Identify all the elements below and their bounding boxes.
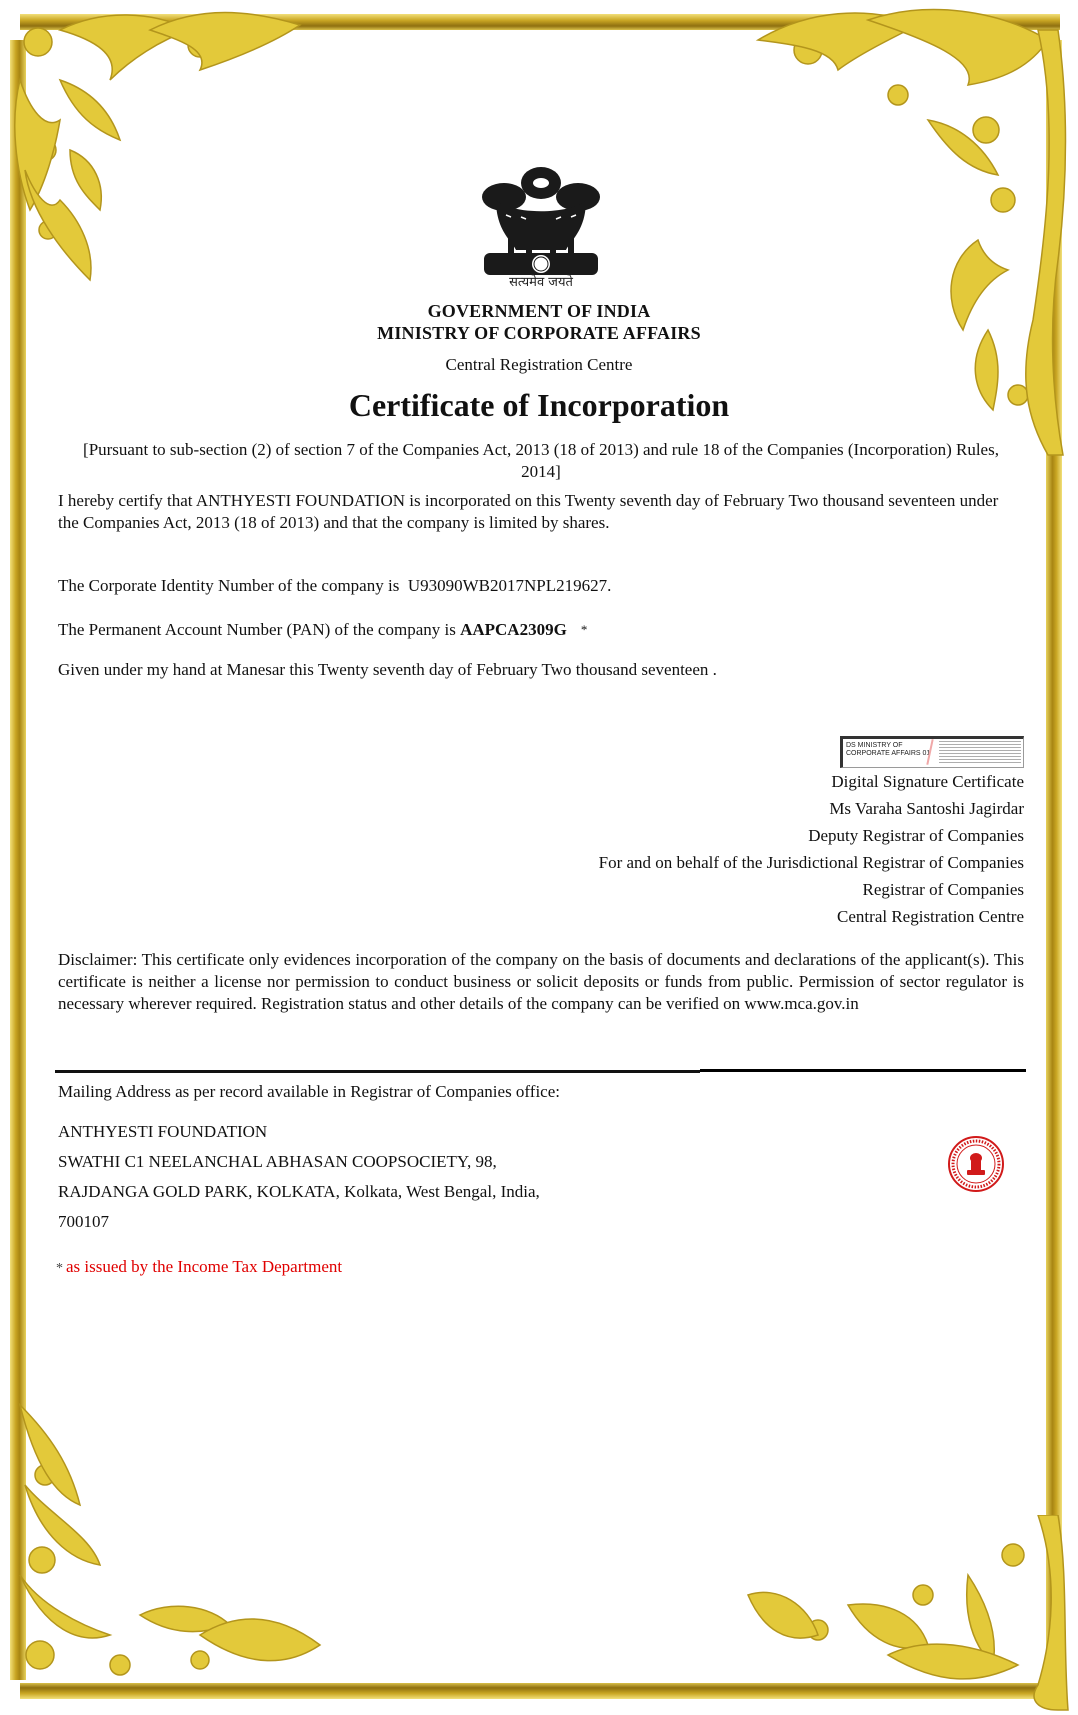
footnote-marker: * bbox=[56, 1261, 63, 1276]
ministry-heading: MINISTRY OF CORPORATE AFFAIRS bbox=[0, 323, 1078, 344]
pan-label: The Permanent Account Number (PAN) of th… bbox=[58, 620, 456, 639]
government-heading: GOVERNMENT OF INDIA bbox=[0, 301, 1078, 322]
cin-statement: The Corporate Identity Number of the com… bbox=[58, 575, 1008, 597]
signature-line: Digital Signature Certificate bbox=[599, 771, 1024, 798]
floral-ornament-bottom-right-icon bbox=[738, 1515, 1078, 1715]
signature-line: Central Registration Centre bbox=[599, 906, 1024, 933]
emblem-motto: सत्यमेव जयते bbox=[466, 272, 616, 290]
certificate-title: Certificate of Incorporation bbox=[0, 387, 1078, 424]
signature-block: Digital Signature Certificate Ms Varaha … bbox=[599, 771, 1024, 933]
registration-centre-label: Central Registration Centre bbox=[0, 355, 1078, 375]
section-divider bbox=[700, 1069, 1026, 1072]
pan-value: AAPCA2309G bbox=[460, 620, 567, 639]
floral-ornament-top-left-icon bbox=[0, 0, 330, 330]
digital-signature-stamp[interactable]: DS MINISTRY OF CORPORATE AFFAIRS 01 bbox=[840, 736, 1024, 768]
signature-line: For and on behalf of the Jurisdictional … bbox=[599, 852, 1024, 879]
certification-statement: I hereby certify that ANTHYESTI FOUNDATI… bbox=[58, 490, 1008, 534]
footnote-text: as issued by the Income Tax Department bbox=[66, 1257, 342, 1276]
mailing-address-label: Mailing Address as per record available … bbox=[58, 1082, 560, 1102]
address-line: RAJDANGA GOLD PARK, KOLKATA, Kolkata, We… bbox=[58, 1177, 540, 1207]
pan-statement: The Permanent Account Number (PAN) of th… bbox=[58, 619, 1008, 641]
pan-footnote: *as issued by the Income Tax Department bbox=[56, 1257, 342, 1277]
section-divider bbox=[55, 1070, 700, 1073]
address-line: ANTHYESTI FOUNDATION bbox=[58, 1117, 540, 1147]
legal-basis-text: [Pursuant to sub-section (2) of section … bbox=[82, 439, 1000, 483]
floral-ornament-bottom-left-icon bbox=[0, 1385, 340, 1715]
signatory-designation: Deputy Registrar of Companies bbox=[599, 825, 1024, 852]
mailing-address: ANTHYESTI FOUNDATION SWATHI C1 NEELANCHA… bbox=[58, 1117, 540, 1237]
signatory-name: Ms Varaha Santoshi Jagirdar bbox=[599, 798, 1024, 825]
address-line: SWATHI C1 NEELANCHAL ABHASAN COOPSOCIETY… bbox=[58, 1147, 540, 1177]
given-under-hand-statement: Given under my hand at Manesar this Twen… bbox=[58, 659, 1008, 681]
pan-footnote-marker: * bbox=[581, 622, 588, 637]
cin-value: U93090WB2017NPL219627. bbox=[408, 576, 612, 595]
signature-fine-print bbox=[939, 741, 1021, 763]
ministry-seal-icon bbox=[946, 1134, 1006, 1194]
signature-line: Registrar of Companies bbox=[599, 879, 1024, 906]
disclaimer-text: Disclaimer: This certificate only eviden… bbox=[58, 949, 1024, 1015]
address-line: 700107 bbox=[58, 1207, 540, 1237]
digital-signature-label: DS MINISTRY OF CORPORATE AFFAIRS 01 bbox=[846, 742, 934, 758]
cin-label: The Corporate Identity Number of the com… bbox=[58, 576, 399, 595]
